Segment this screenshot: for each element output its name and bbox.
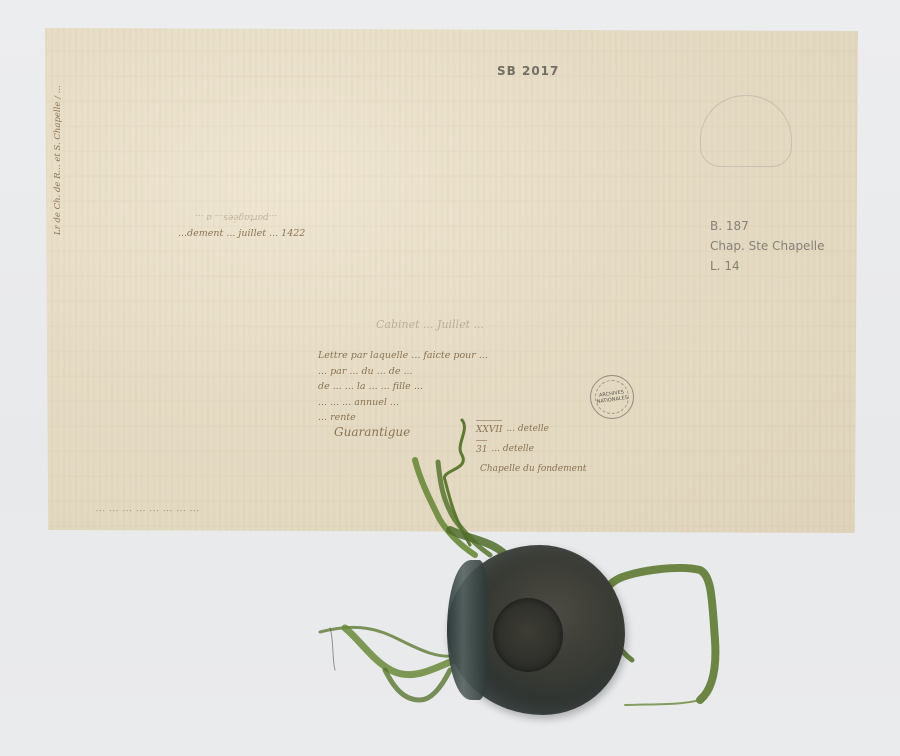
reversed-bottom-line: ... ... ... ... ... ... ... ... (95, 507, 199, 517)
endorsement-line: ... ... ... annuel ... (318, 395, 488, 411)
upper-left-line-2: ...dement ... juillet ... 1422 (178, 228, 305, 239)
registry-text: Chapelle du fondement (480, 460, 586, 479)
pencil-line: Chap. Ste Chapelle (710, 236, 825, 256)
archive-stamp-text: ARCHIVES NATIONALES (590, 388, 633, 406)
seal-impression (493, 598, 563, 672)
registry-line: 31 ... detelle (476, 440, 586, 460)
wax-seal-rim (447, 560, 487, 700)
endorsement-text: Lettre par laquelle ... faicte pour ... … (318, 348, 488, 426)
pencil-annotations: B. 187 Chap. Ste Chapelle L. 14 (710, 216, 825, 276)
inventory-number: SB 2017 (497, 64, 559, 78)
registry-prefix: 31 (476, 440, 487, 460)
margin-note: Lr de Ch. de R... et S. Chapelle / ... (52, 85, 64, 235)
archive-stamp: ARCHIVES NATIONALES (590, 375, 634, 419)
registry-text: ... detelle (506, 420, 549, 440)
registry-text: ... detelle (491, 440, 534, 460)
registry-line: XXVII ... detelle (476, 420, 586, 440)
endorsement-line: ... par ... du ... de ... (318, 364, 488, 380)
title-line: Cabinet ... Juillet ... (376, 318, 484, 331)
upper-left-line-1: ...partagées... a ... (195, 212, 277, 222)
registry-prefix: XXVII (476, 420, 502, 440)
photograph: Lr de Ch. de R... et S. Chapelle / ... S… (0, 0, 900, 756)
signature: Guarantigue (334, 425, 410, 439)
endorsement-line: ... rente (318, 410, 488, 426)
registry-lines: XXVII ... detelle 31 ... detelle Chapell… (476, 420, 586, 479)
margin-note-text: Lr de Ch. de R... et S. Chapelle / ... (53, 85, 63, 235)
pencil-line: B. 187 (710, 216, 825, 236)
endorsement-line: Lettre par laquelle ... faicte pour ... (318, 348, 488, 364)
registry-line: Chapelle du fondement (476, 460, 586, 479)
endorsement-line: de ... ... la ... ... fille ... (318, 379, 488, 395)
pencil-line: L. 14 (710, 256, 825, 276)
